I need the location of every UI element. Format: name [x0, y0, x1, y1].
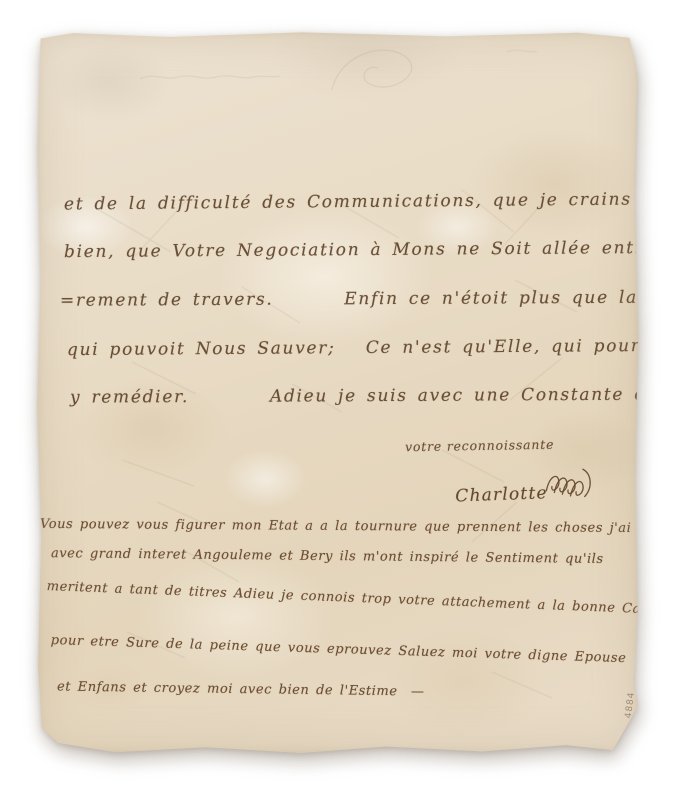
- signature-paraph-icon: [543, 466, 596, 504]
- paper-sheet: et de la difficulté des Communications, …: [37, 32, 638, 753]
- signature-block: Charlotte: [454, 466, 596, 507]
- postscript-line-1: Vous pouvez vous figurer mon Etat a a la…: [40, 517, 655, 536]
- inventory-number: 4884: [624, 691, 637, 719]
- body-line-1: et de la difficulté des Communications, …: [64, 190, 632, 215]
- body-line-5: y remédier. Adieu je suis avec une Const…: [70, 384, 677, 407]
- paper-wrapper: et de la difficulté des Communications, …: [37, 32, 638, 753]
- postscript-line-5: et Enfans et croyez moi avec bien de l'E…: [57, 679, 425, 699]
- body-line-4: qui pouvoit Nous Sauver; Ce n'est qu'Ell…: [67, 336, 662, 360]
- postscript-line-4: pour etre Sure de la peine que vous epro…: [51, 633, 627, 666]
- closing-line: votre reconnoissante: [405, 437, 554, 455]
- signature: Charlotte: [455, 483, 548, 506]
- body-line-3: =rement de travers. Enfin ce n'étoit plu…: [60, 287, 677, 310]
- body-line-2: bien, que Votre Negociation à Mons ne So…: [64, 238, 670, 262]
- postscript-line-3: meritent a tant de titres Adieu je conno…: [46, 579, 665, 618]
- postscript-line-2: avec grand interet Angouleme et Bery ils…: [51, 546, 604, 567]
- letter-photo: et de la difficulté des Communications, …: [0, 0, 677, 800]
